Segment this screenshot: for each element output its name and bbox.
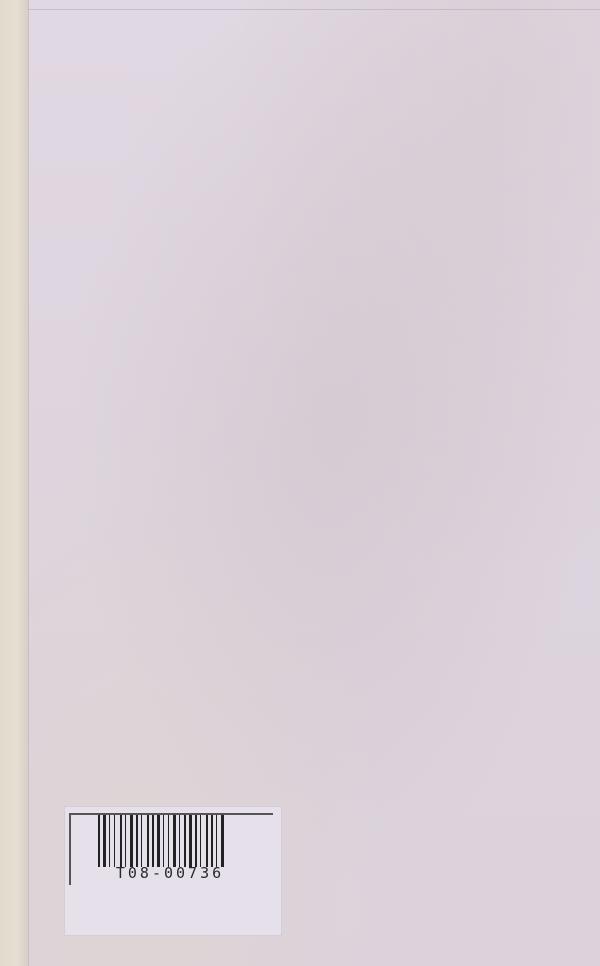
barcode-bar	[209, 815, 210, 867]
barcode-bar	[136, 815, 138, 867]
barcode-bar	[107, 815, 108, 867]
barcode-bar	[155, 815, 156, 867]
barcode-bar	[152, 815, 154, 867]
barcode-bar	[109, 815, 110, 867]
barcode-bar	[139, 815, 140, 867]
barcode-bar	[120, 815, 122, 867]
barcode-bar	[193, 815, 194, 867]
barcode-bar	[202, 815, 205, 867]
barcode-bar	[187, 815, 188, 867]
barcode-bar	[127, 815, 129, 867]
barcode-bar	[181, 815, 183, 867]
barcode-bar	[150, 815, 151, 867]
cover-top-crease	[28, 9, 600, 10]
barcode-bar	[125, 815, 126, 867]
barcode-bar	[134, 815, 135, 867]
barcode-bar	[101, 815, 102, 867]
barcode-bar	[184, 815, 186, 867]
barcode-bar	[200, 815, 201, 867]
barcode-bar	[214, 815, 215, 867]
barcode-bar	[216, 815, 217, 867]
barcode-bars	[98, 815, 241, 867]
barcode-bar	[111, 815, 113, 867]
barcode-bar	[165, 815, 167, 867]
barcode-bar	[130, 815, 133, 867]
barcode-bar	[98, 815, 100, 867]
barcode-bar	[179, 815, 180, 867]
barcode-bar	[163, 815, 164, 867]
barcode-bar	[168, 815, 169, 867]
barcode-bar	[198, 815, 199, 867]
barcode-bar	[225, 815, 226, 867]
barcode-bar	[221, 815, 224, 867]
barcode-bar	[143, 815, 146, 867]
barcode-bar	[157, 815, 160, 867]
barcode-bar	[114, 815, 115, 867]
barcode-bar	[103, 815, 106, 867]
book-spine-edge	[0, 0, 28, 966]
barcode-bar	[123, 815, 124, 867]
barcode-bar	[189, 815, 192, 867]
barcode-bar	[161, 815, 162, 867]
barcode-bar	[218, 815, 220, 867]
barcode-bar	[116, 815, 119, 867]
barcode-bar	[141, 815, 142, 867]
barcode-bar	[147, 815, 149, 867]
barcode-bar	[170, 815, 172, 867]
barcode-bar	[177, 815, 178, 867]
barcode-bar	[173, 815, 176, 867]
barcode-bar	[195, 815, 197, 867]
barcode-bar	[206, 815, 208, 867]
barcode-bar	[211, 815, 213, 867]
barcode-number: T08-00736	[100, 864, 240, 882]
